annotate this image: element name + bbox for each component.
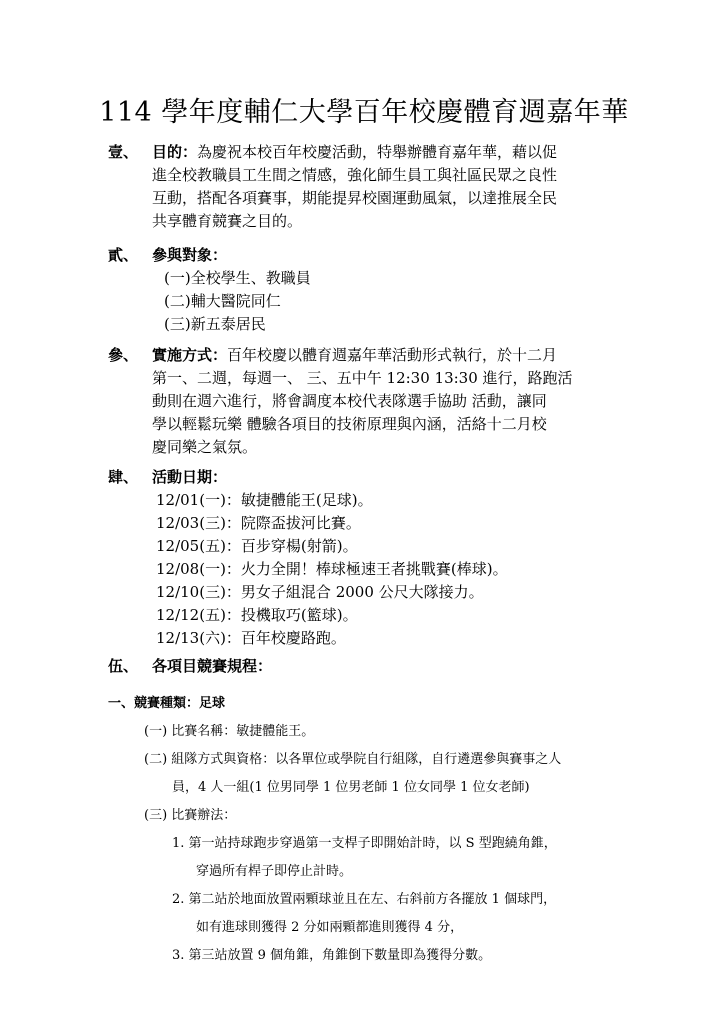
list-item: (二)輔大醫院同仁 [152, 290, 622, 313]
date-item: 12/13(六)：百年校慶路跑。 [152, 627, 622, 650]
section-implementation: 參、 實施方式：百年校慶以體育週嘉年華活動形式執行，於十二月 第一、二週，每週一… [108, 344, 622, 459]
section-number: 貳、 [108, 244, 152, 267]
section-number: 壹、 [108, 141, 152, 164]
section-rules-heading: 伍、 各項目競賽規程： [108, 655, 622, 678]
competition-category: 一、競賽種類：足球 [108, 690, 561, 718]
date-item: 12/05(五)：百步穿楊(射箭)。 [152, 535, 622, 558]
paragraph-line: 進全校教職員工生間之情感，強化師生員工與社區民眾之良性 [152, 164, 622, 187]
date-item: 12/08(一)：火力全開！棒球極速王者挑戰賽(棒球)。 [152, 558, 622, 581]
section-number: 參、 [108, 344, 152, 367]
section-heading: 實施方式： [152, 346, 227, 364]
section-heading: 目的： [152, 143, 197, 161]
competition-name: (一) 比賽名稱：敏捷體能王。 [108, 718, 561, 746]
step-item: 3. 第三站放置 9 個角錐，角錐倒下數量即為獲得分數。 [108, 942, 561, 970]
list-item: (三)新五泰居民 [152, 313, 622, 336]
team-requirements: (二) 組隊方式與資格：以各單位或學院自行組隊，自行遴選參與賽事之人 [108, 746, 561, 774]
date-item: 12/12(五)：投機取巧(籃球)。 [152, 604, 622, 627]
section-dates: 肆、 活動日期： 12/01(一)：敏捷體能王(足球)。 12/03(三)：院際… [108, 466, 622, 650]
section-heading: 各項目競賽規程： [152, 655, 622, 678]
paragraph-line: 動則在週六進行，將會調度本校代表隊選手協助 活動，讓同 [152, 390, 622, 413]
section-number: 肆、 [108, 466, 152, 489]
paragraph-line: 為慶祝本校百年校慶活動，特舉辦體育嘉年華，藉以促 [197, 143, 557, 161]
paragraph-line: 互動，搭配各項賽事，期能提昇校園運動風氣，以達推展全民 [152, 187, 622, 210]
date-item: 12/01(一)：敏捷體能王(足球)。 [152, 489, 622, 512]
paragraph-line: 第一、二週，每週一、 三、五中午 12:30 13:30 進行，路跑活 [152, 367, 622, 390]
step-item-cont: 穿過所有桿子即停止計時。 [108, 858, 561, 886]
paragraph-line: 共享體育競賽之目的。 [152, 210, 622, 233]
competition-rules: 一、競賽種類：足球 (一) 比賽名稱：敏捷體能王。 (二) 組隊方式與資格：以各… [108, 690, 561, 970]
date-item: 12/10(三)：男女子組混合 2000 公尺大隊接力。 [152, 581, 622, 604]
list-item: (一)全校學生、教職員 [152, 267, 622, 290]
competition-method: (三) 比賽辦法： [108, 802, 561, 830]
step-item-cont: 如有進球則獲得 2 分如兩顆都進則獲得 4 分， [108, 914, 561, 942]
paragraph-line: 百年校慶以體育週嘉年華活動形式執行，於十二月 [227, 346, 557, 364]
section-purpose: 壹、 目的：為慶祝本校百年校慶活動，特舉辦體育嘉年華，藉以促 進全校教職員工生間… [108, 141, 622, 233]
section-heading: 參與對象： [152, 244, 622, 267]
paragraph-line: 學以輕鬆玩樂 體驗各項目的技術原理與內涵，活絡十二月校 [152, 413, 622, 436]
section-number: 伍、 [108, 655, 152, 678]
paragraph-line: 慶同樂之氣氛。 [152, 436, 622, 459]
step-item: 2. 第二站於地面放置兩顆球並且在左、右斜前方各擺放 1 個球門， [108, 886, 561, 914]
document-title: 114 學年度輔仁大學百年校慶體育週嘉年華 [0, 90, 728, 129]
section-heading: 活動日期： [152, 466, 622, 489]
date-item: 12/03(三)：院際盃拔河比賽。 [152, 512, 622, 535]
step-item: 1. 第一站持球跑步穿過第一支桿子即開始計時，以 S 型跑繞角錐， [108, 830, 561, 858]
section-participants: 貳、 參與對象： (一)全校學生、教職員 (二)輔大醫院同仁 (三)新五泰居民 [108, 244, 622, 336]
team-requirements-cont: 員，4 人一組(1 位男同學 1 位男老師 1 位女同學 1 位女老師) [108, 774, 561, 802]
